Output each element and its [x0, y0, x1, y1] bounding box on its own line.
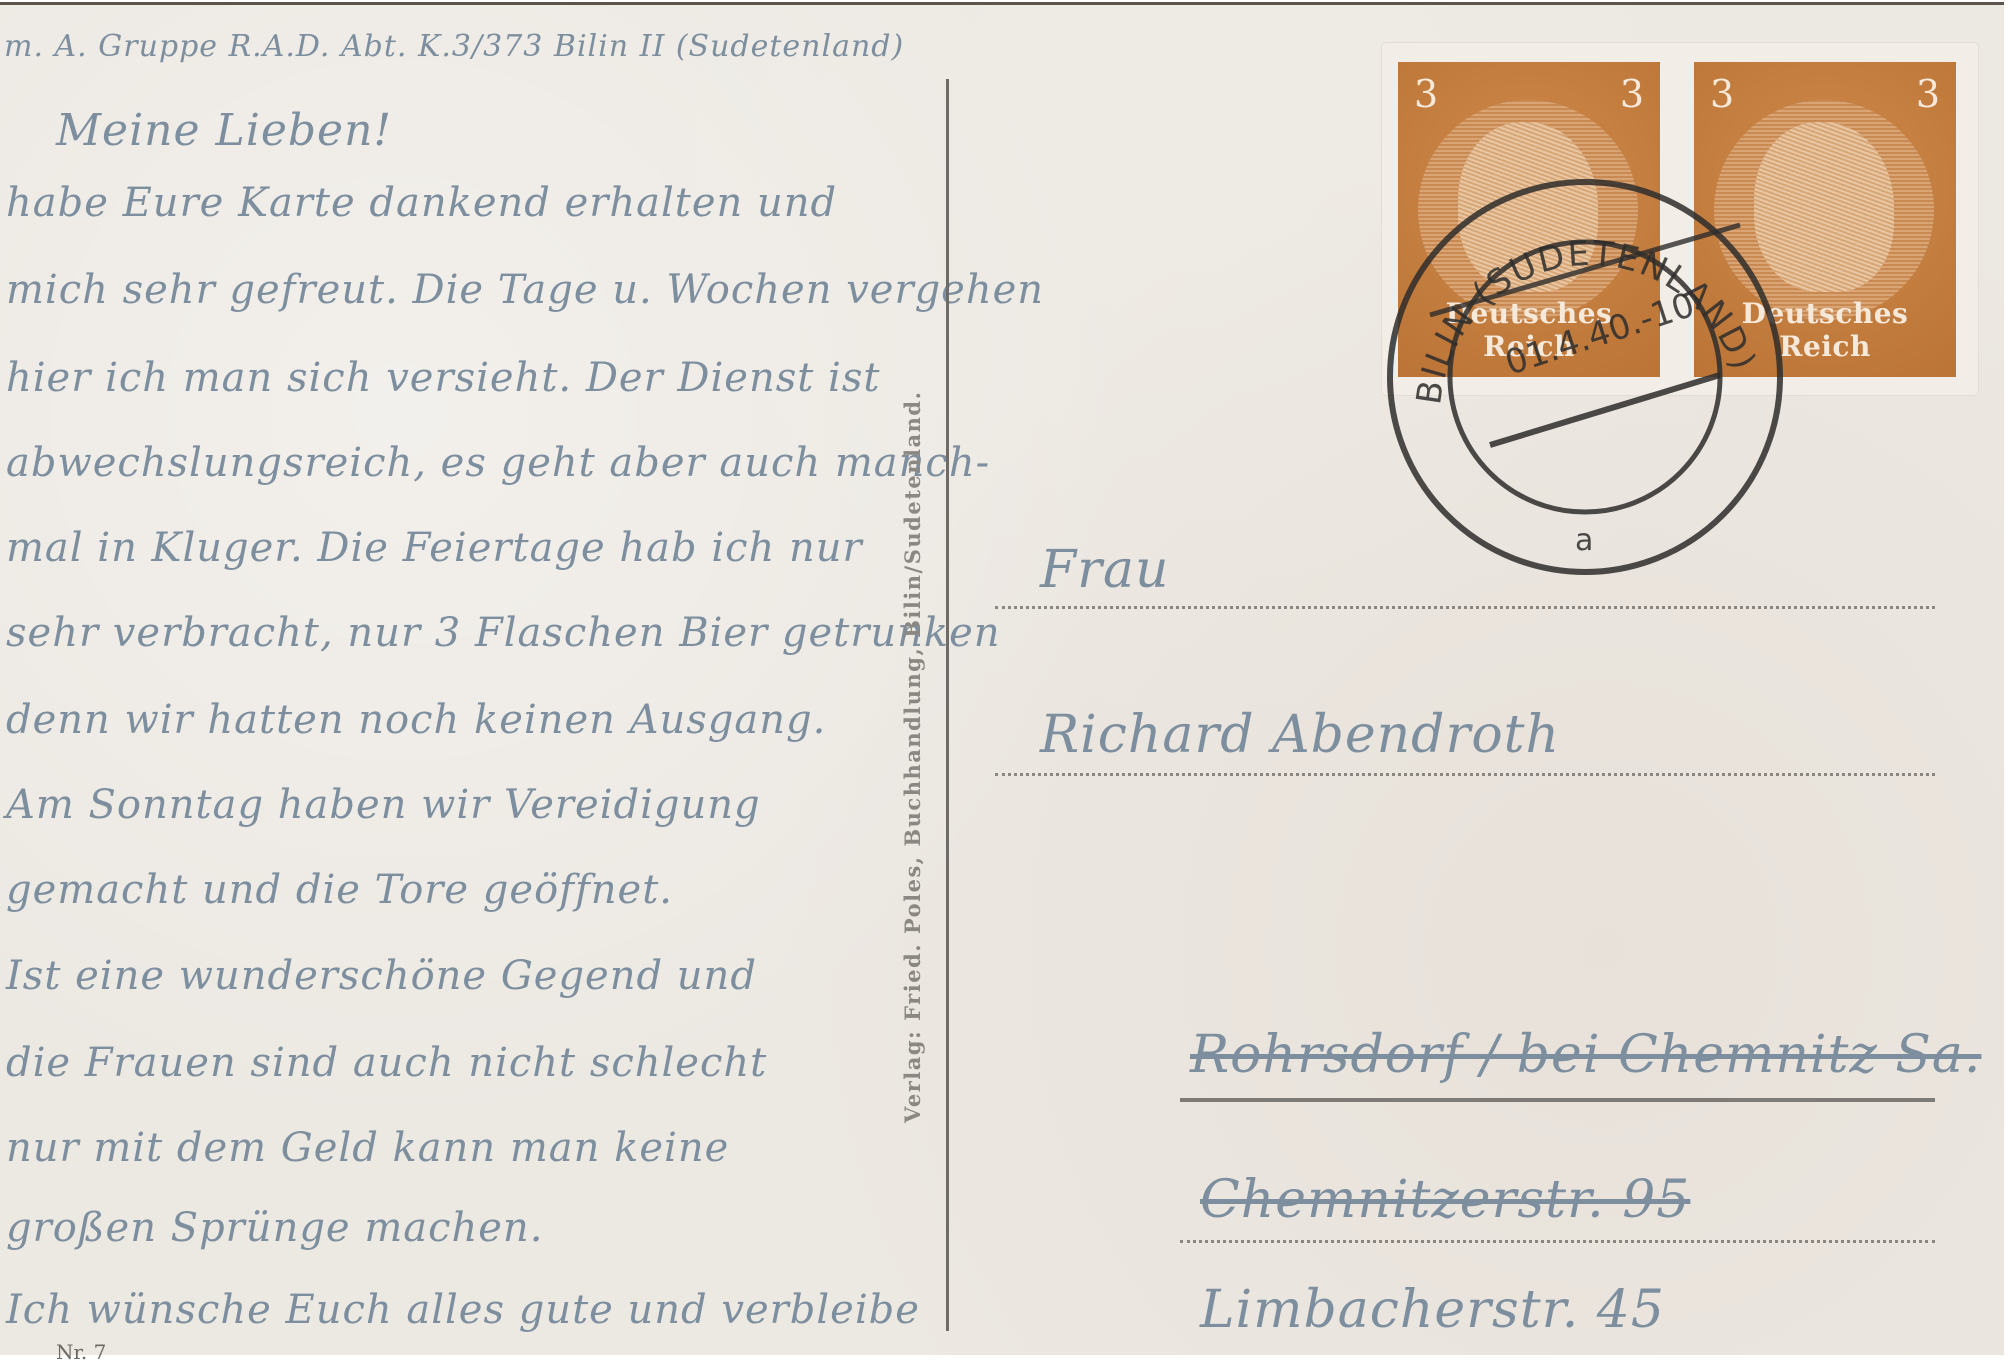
postmark-office-letter: a — [1575, 523, 1593, 558]
publisher-imprint: Verlag: Fried. Poles, Buchhandlung, Bili… — [900, 253, 925, 1123]
sender-header: m. A. Gruppe R.A.D. Abt. K.3/373 Bilin I… — [4, 29, 904, 64]
letter-line: Ist eine wunderschöne Gegend und — [6, 953, 757, 999]
letter-line: habe Eure Karte dankend erhalten und — [6, 180, 837, 226]
greeting: Meine Lieben! — [56, 105, 392, 156]
stamp-value: 3 — [1710, 72, 1734, 116]
address-rule-3 — [1180, 1098, 1935, 1102]
stamp-label: Deutsches Reich — [1694, 297, 1956, 363]
address-street-crossed-out: Chemnitzerstr. 95 — [1200, 1170, 1690, 1230]
address-name: Richard Abendroth — [1040, 705, 1560, 765]
letter-line: Am Sonntag haben wir Vereidigung — [6, 782, 761, 828]
stamp: 3 3 Deutsches Reich — [1398, 62, 1660, 377]
letter-line: hier ich man sich versieht. Der Dienst i… — [6, 355, 880, 401]
stamp-value: 3 — [1620, 72, 1644, 116]
letter-line: sehr verbracht, nur 3 Flaschen Bier getr… — [6, 610, 1001, 656]
postcard: m. A. Gruppe R.A.D. Abt. K.3/373 Bilin I… — [0, 2, 2004, 1355]
stamp: 3 3 Deutsches Reich — [1694, 62, 1956, 377]
letter-line: Ich wünsche Euch alles gute und verbleib… — [6, 1287, 920, 1333]
letter-line: abwechslungsreich, es geht aber auch man… — [6, 440, 990, 486]
portrait-head-icon — [1458, 122, 1598, 292]
address-street: Limbacherstr. 45 — [1200, 1280, 1665, 1340]
address-salutation: Frau — [1040, 540, 1169, 600]
letter-line: mich sehr gefreut. Die Tage u. Wochen ve… — [6, 267, 1044, 313]
letter-line: mal in Kluger. Die Feiertage hab ich nur — [6, 525, 863, 571]
letter-line: nur mit dem Geld kann man keine — [6, 1125, 729, 1171]
letter-line: die Frauen sind auch nicht schlecht — [6, 1040, 767, 1086]
center-divider — [946, 79, 949, 1331]
address-town: Rohrsdorf / bei Chemnitz Sa. — [1190, 1025, 1981, 1085]
portrait-head-icon — [1754, 122, 1894, 292]
stamp-value: 3 — [1414, 72, 1438, 116]
letter-line: gemacht und die Tore geöffnet. — [6, 867, 673, 913]
letter-line: großen Sprünge machen. — [6, 1205, 543, 1251]
stamp-value: 3 — [1916, 72, 1940, 116]
address-rule-2 — [995, 773, 1935, 776]
address-rule-4 — [1180, 1240, 1935, 1243]
letter-line: denn wir hatten noch keinen Ausgang. — [6, 697, 826, 743]
address-rule-1 — [995, 606, 1935, 609]
card-number: Nr. 7 — [56, 1340, 106, 1364]
stamp-label: Deutsches Reich — [1398, 297, 1660, 363]
